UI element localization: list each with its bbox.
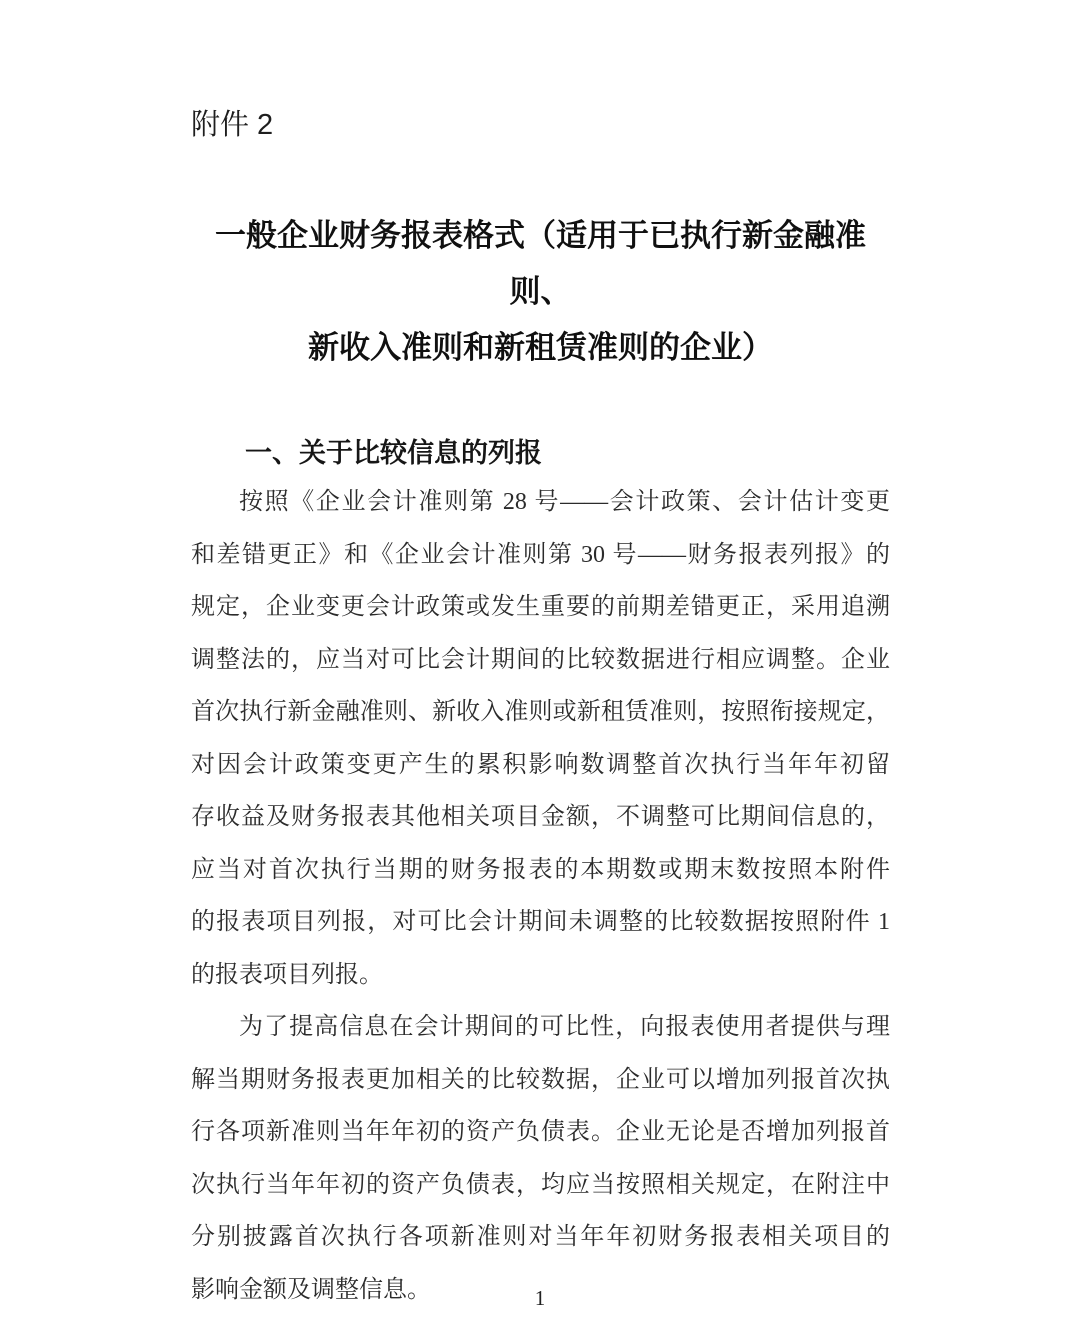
document-title: 一般企业财务报表格式（适用于已执行新金融准则、新收入准则和新租赁准则的企业） [191, 208, 890, 376]
attachment-label: 附件 2 [191, 104, 890, 146]
text-line: 首次执行新金融准则、新收入准则或新租赁准则，按照衔接规定， [191, 686, 890, 739]
text-line: 分别披露首次执行各项新准则对当年年初财务报表相关项目的 [191, 1211, 890, 1264]
text-line: 为了提高信息在会计期间的可比性，向报表使用者提供与理 [191, 1001, 890, 1054]
body-paragraph-2: 为了提高信息在会计期间的可比性，向报表使用者提供与理解当期财务报表更加相关的比较… [191, 1001, 890, 1316]
text-line: 存收益及财务报表其他相关项目金额，不调整可比期间信息的， [191, 791, 890, 844]
text-line: 的报表项目列报。 [191, 949, 890, 1002]
text-line: 对因会计政策变更产生的累积影响数调整首次执行当年年初留 [191, 739, 890, 792]
page-number: 1 [0, 1286, 1080, 1310]
text-line: 按照《企业会计准则第 28 号——会计政策、会计估计变更 [191, 476, 890, 529]
body-paragraph-1: 按照《企业会计准则第 28 号——会计政策、会计估计变更和差错更正》和《企业会计… [191, 476, 890, 1001]
text-line: 的报表项目列报，对可比会计期间未调整的比较数据按照附件 1 [191, 896, 890, 949]
text-line: 新收入准则和新租赁准则的企业） [191, 320, 890, 376]
text-line: 一般企业财务报表格式（适用于已执行新金融准则、 [191, 208, 890, 320]
text-line: 规定，企业变更会计政策或发生重要的前期差错更正，采用追溯 [191, 581, 890, 634]
document-page: 附件 2 一般企业财务报表格式（适用于已执行新金融准则、新收入准则和新租赁准则的… [0, 0, 1080, 1320]
section-heading: 一、关于比较信息的列报 [191, 430, 890, 476]
text-line: 调整法的，应当对可比会计期间的比较数据进行相应调整。企业 [191, 634, 890, 687]
text-line: 次执行当年年初的资产负债表，均应当按照相关规定，在附注中 [191, 1159, 890, 1212]
text-line: 解当期财务报表更加相关的比较数据，企业可以增加列报首次执 [191, 1054, 890, 1107]
text-line: 应当对首次执行当期的财务报表的本期数或期末数按照本附件 [191, 844, 890, 897]
text-line: 和差错更正》和《企业会计准则第 30 号——财务报表列报》的 [191, 529, 890, 582]
text-line: 行各项新准则当年年初的资产负债表。企业无论是否增加列报首 [191, 1106, 890, 1159]
document-content: 附件 2 一般企业财务报表格式（适用于已执行新金融准则、新收入准则和新租赁准则的… [0, 0, 1080, 1316]
